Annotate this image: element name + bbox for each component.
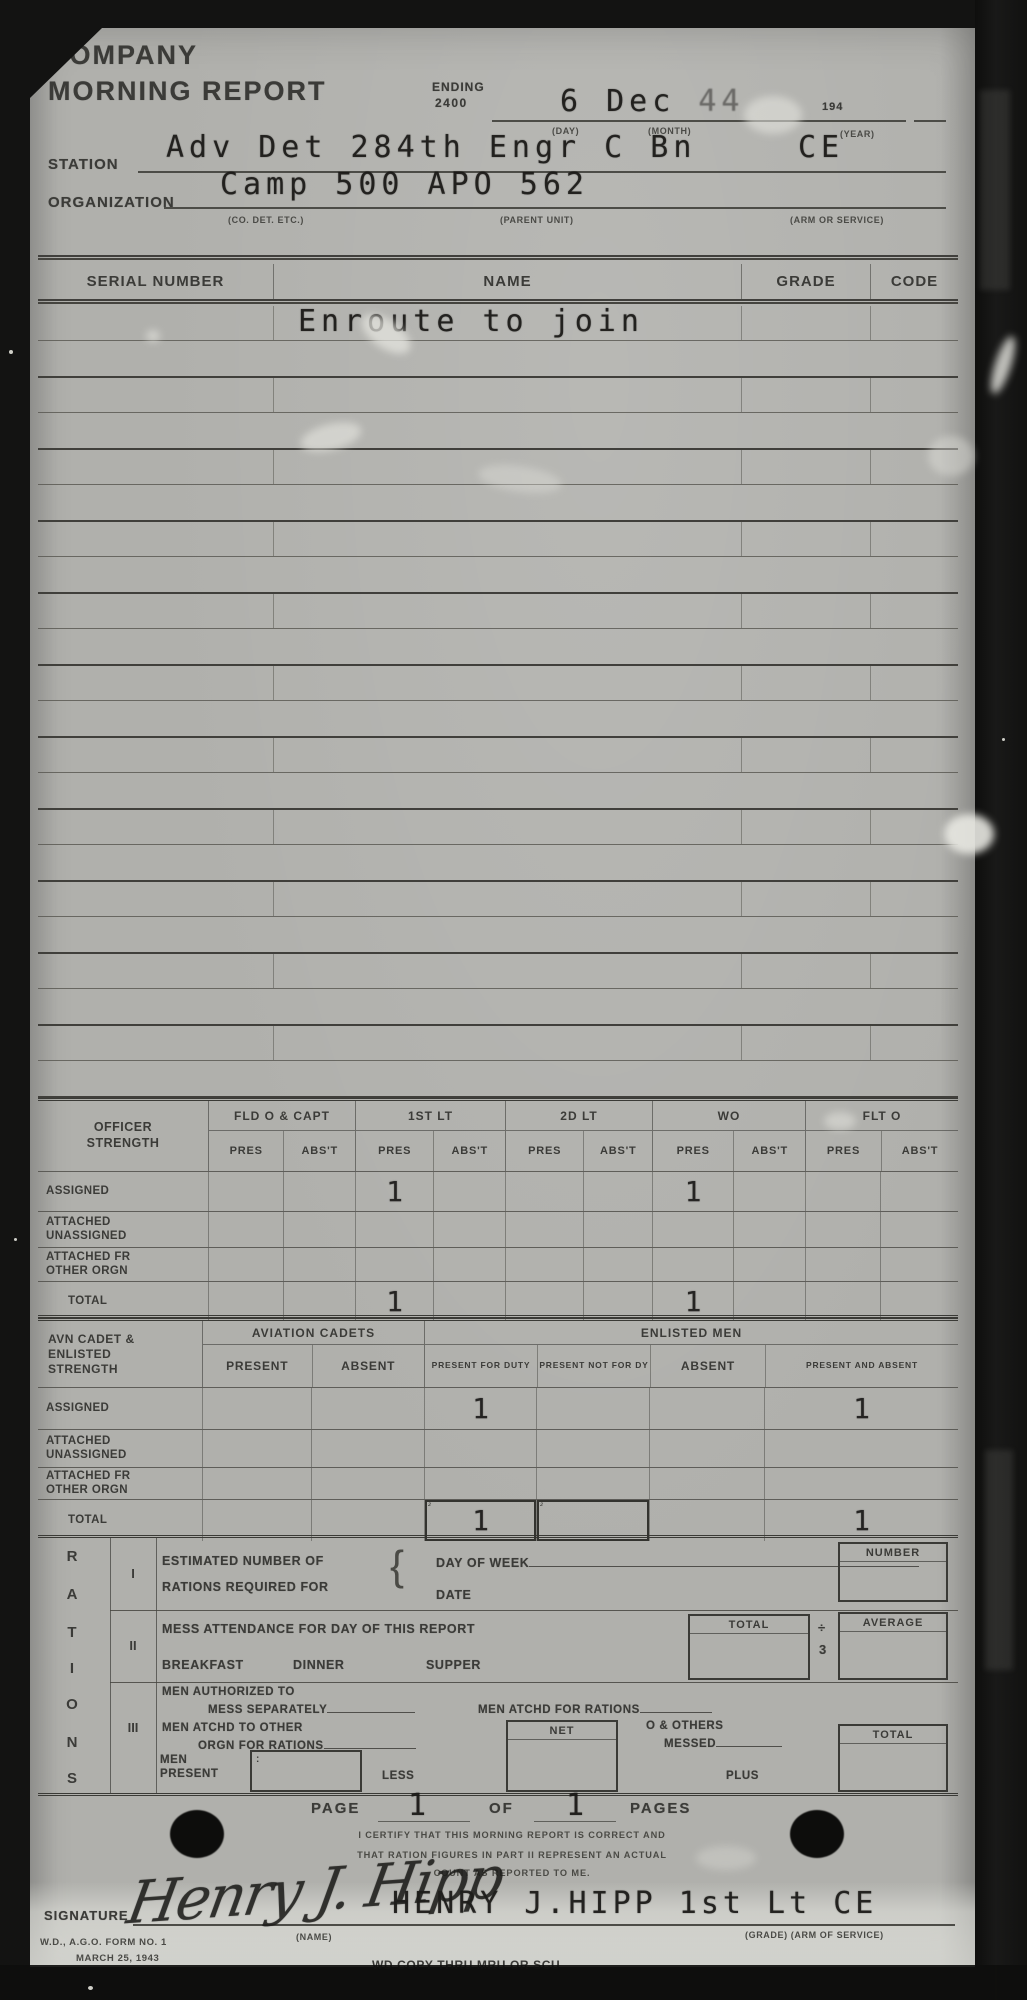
messed-label: MESSED xyxy=(664,1738,782,1750)
roster-row-empty xyxy=(38,738,958,773)
mess-total-box: TOTAL xyxy=(688,1614,810,1680)
scan-artifact xyxy=(944,814,994,854)
scan-border-right xyxy=(975,0,1027,2000)
cadet-enlisted-label: AVN CADET & ENLISTED STRENGTH xyxy=(38,1321,202,1387)
average-box: AVERAGE xyxy=(838,1612,948,1680)
roster-row-empty xyxy=(38,954,958,989)
pages-label: PAGES xyxy=(630,1800,691,1817)
officer-group-fldo-capt: FLD O & CAPT PRESABS'T xyxy=(208,1101,355,1171)
roster-row-1-grade xyxy=(742,306,871,340)
organization-line xyxy=(164,207,946,209)
roster-row-empty xyxy=(38,810,958,845)
org-sublabel-parent-unit: (PARENT UNIT) xyxy=(500,215,574,225)
rations-letter: N xyxy=(62,1734,82,1751)
estimated-rations-line2: RATIONS REQUIRED FOR xyxy=(162,1580,329,1594)
form-date: MARCH 25, 1943 xyxy=(76,1953,159,1964)
net-box: NET xyxy=(506,1720,618,1792)
officer-row-attached-unassigned: ATTACHED UNASSIGNED xyxy=(38,1211,958,1247)
form-number: W.D., A.G.O. FORM NO. 1 xyxy=(40,1937,167,1948)
punch-hole-left xyxy=(170,1810,224,1858)
section-2-numeral: II xyxy=(112,1638,154,1653)
men-present-box: : xyxy=(250,1750,362,1792)
date-line xyxy=(492,120,906,122)
total-pages: 1 xyxy=(566,1788,589,1823)
org-sublabel-arm-service: (ARM OR SERVICE) xyxy=(790,215,884,225)
page-label: PAGE xyxy=(311,1800,360,1817)
name-sublabel: (NAME) xyxy=(296,1932,332,1942)
date-field-label: DATE xyxy=(436,1588,472,1602)
date-value: 6 Dec 44 xyxy=(560,84,745,119)
rations-letter: T xyxy=(62,1624,82,1641)
rule-above-roster xyxy=(38,255,958,260)
roster-row-empty xyxy=(38,594,958,629)
roster-header-code: CODE xyxy=(871,264,958,299)
rations-letter: R xyxy=(62,1548,82,1565)
rations-total-box: TOTAL xyxy=(838,1724,948,1792)
number-box: NUMBER xyxy=(838,1542,948,1602)
scanned-morning-report: COMPANY MORNING REPORT ENDING 2400 6 Dec… xyxy=(0,0,1027,2000)
roster-row-empty xyxy=(38,882,958,917)
breakfast-label: BREAKFAST xyxy=(162,1658,244,1672)
scan-border-bottom xyxy=(0,1965,1027,2000)
date-line-tail xyxy=(914,120,946,122)
divide-by-three: 3 xyxy=(819,1642,827,1657)
officer-row-attached-fr-other: ATTACHED FR OTHER ORGN xyxy=(38,1247,958,1281)
scan-artifact xyxy=(744,96,802,134)
punch-hole-right xyxy=(790,1810,844,1858)
officer-group-wo: WO PRESABS'T xyxy=(652,1101,805,1171)
scan-artifact xyxy=(928,436,974,476)
ending-time: 2400 xyxy=(435,96,468,110)
roster-body: Enroute to join xyxy=(38,306,958,1098)
officer-group-2d-lt: 2D LT PRESABS'T xyxy=(505,1101,652,1171)
scan-artifact xyxy=(824,1112,856,1130)
rations-letter: S xyxy=(62,1770,82,1787)
supper-label: SUPPER xyxy=(426,1658,481,1672)
men-authorized-label: MEN AUTHORIZED TO xyxy=(162,1686,295,1698)
plus-label: PLUS xyxy=(726,1770,759,1782)
cadet-row-assigned: ASSIGNED 1 1 xyxy=(38,1387,958,1429)
certification-line1: I CERTIFY THAT THIS MORNING REPORT IS CO… xyxy=(212,1830,812,1840)
org-sublabel-co-det: (CO. DET. ETC.) xyxy=(228,215,304,225)
divide-sign: ÷ xyxy=(818,1620,826,1635)
o-and-others-label: O & OTHERS xyxy=(646,1720,724,1732)
station-label: STATION xyxy=(48,156,119,173)
officer-row-assigned: ASSIGNED 1 1 xyxy=(38,1171,958,1211)
section-1-numeral: I xyxy=(112,1566,154,1581)
page-number: 1 xyxy=(408,1788,431,1823)
scan-border-left xyxy=(0,0,30,2000)
officer-row-total: TOTAL 1 1 xyxy=(38,1281,958,1321)
signature-label: SIGNATURE xyxy=(44,1908,129,1923)
officer-strength-label: OFFICER STRENGTH xyxy=(38,1101,208,1171)
estimated-rations-line1: ESTIMATED NUMBER OF xyxy=(162,1554,324,1568)
year-sublabel: (YEAR) xyxy=(840,129,875,139)
roster-row-1-name: Enroute to join xyxy=(274,306,742,340)
organization-label: ORGANIZATION xyxy=(48,194,175,211)
roster-row-empty xyxy=(38,378,958,413)
men-present-label: MENPRESENT xyxy=(160,1754,219,1782)
organization-value: Camp 500 APO 562 xyxy=(220,167,589,202)
officer-strength-table: OFFICER STRENGTH FLD O & CAPT PRESABS'T … xyxy=(38,1098,958,1318)
cadet-row-attached-fr-other: ATTACHED FR OTHER ORGN xyxy=(38,1467,958,1499)
men-atchd-rations-label: MEN ATCHD FOR RATIONS xyxy=(478,1704,712,1716)
officer-group-flt-o: FLT O PRESABS'T xyxy=(805,1101,958,1171)
men-atchd-other-label: MEN ATCHD TO OTHER xyxy=(162,1722,303,1734)
dinner-label: DINNER xyxy=(293,1658,345,1672)
less-label: LESS xyxy=(382,1770,414,1782)
mess-separately-label: MESS SEPARATELY xyxy=(208,1704,415,1716)
form-title-line2: MORNING REPORT xyxy=(48,76,327,107)
brace-glyph: { xyxy=(390,1542,404,1590)
scan-artifact xyxy=(146,330,160,342)
scan-artifact xyxy=(696,1846,756,1870)
roster-row-empty xyxy=(38,1026,958,1061)
roster-header-name: NAME xyxy=(274,264,742,299)
roster-header-row: SERIAL NUMBER NAME GRADE CODE xyxy=(38,264,958,299)
date-year-value: 44 xyxy=(698,84,744,119)
station-arm-value: CE xyxy=(798,130,844,165)
rations-letter: O xyxy=(62,1696,82,1713)
roster-header-grade: GRADE xyxy=(742,264,871,299)
enlisted-men-group: ENLISTED MEN PRESENT FOR DUTY PRESENT NO… xyxy=(424,1321,958,1387)
grade-arm-sublabel: (GRADE) (ARM OF SERVICE) xyxy=(745,1930,884,1940)
mess-attendance-label: MESS ATTENDANCE FOR DAY OF THIS REPORT xyxy=(162,1622,475,1636)
roster-row-empty xyxy=(38,666,958,701)
cadet-enlisted-table: AVN CADET & ENLISTED STRENGTH AVIATION C… xyxy=(38,1318,958,1538)
rations-letter: I xyxy=(62,1660,82,1677)
year-printed: 194 xyxy=(822,101,843,113)
officer-group-1st-lt: 1ST LT PRESABS'T xyxy=(355,1101,505,1171)
aviation-cadets-group: AVIATION CADETS PRESENT ABSENT xyxy=(202,1321,424,1387)
roster-row-1-code xyxy=(871,306,958,340)
total-present-for-duty-box: ²1 xyxy=(424,1500,536,1541)
section-3-numeral: III xyxy=(112,1720,154,1735)
rations-section: R A T I O N S I II III ESTIMATED NUMBER … xyxy=(38,1538,958,1796)
cadet-row-total: TOTAL ²1 ² 1 xyxy=(38,1499,958,1541)
rations-letter: A xyxy=(62,1586,82,1603)
roster-row-empty xyxy=(38,522,958,557)
total-present-not-for-duty-box: ² xyxy=(536,1500,649,1541)
roster-row-1: Enroute to join xyxy=(38,306,958,341)
station-value: Adv Det 284th Engr C Bn xyxy=(166,130,696,165)
scan-border-top xyxy=(0,0,1027,28)
ending-label: ENDING xyxy=(432,80,485,94)
roster-header-serial: SERIAL NUMBER xyxy=(38,264,274,299)
cadet-row-attached-unassigned: ATTACHED UNASSIGNED xyxy=(38,1429,958,1467)
of-label: OF xyxy=(489,1800,514,1817)
